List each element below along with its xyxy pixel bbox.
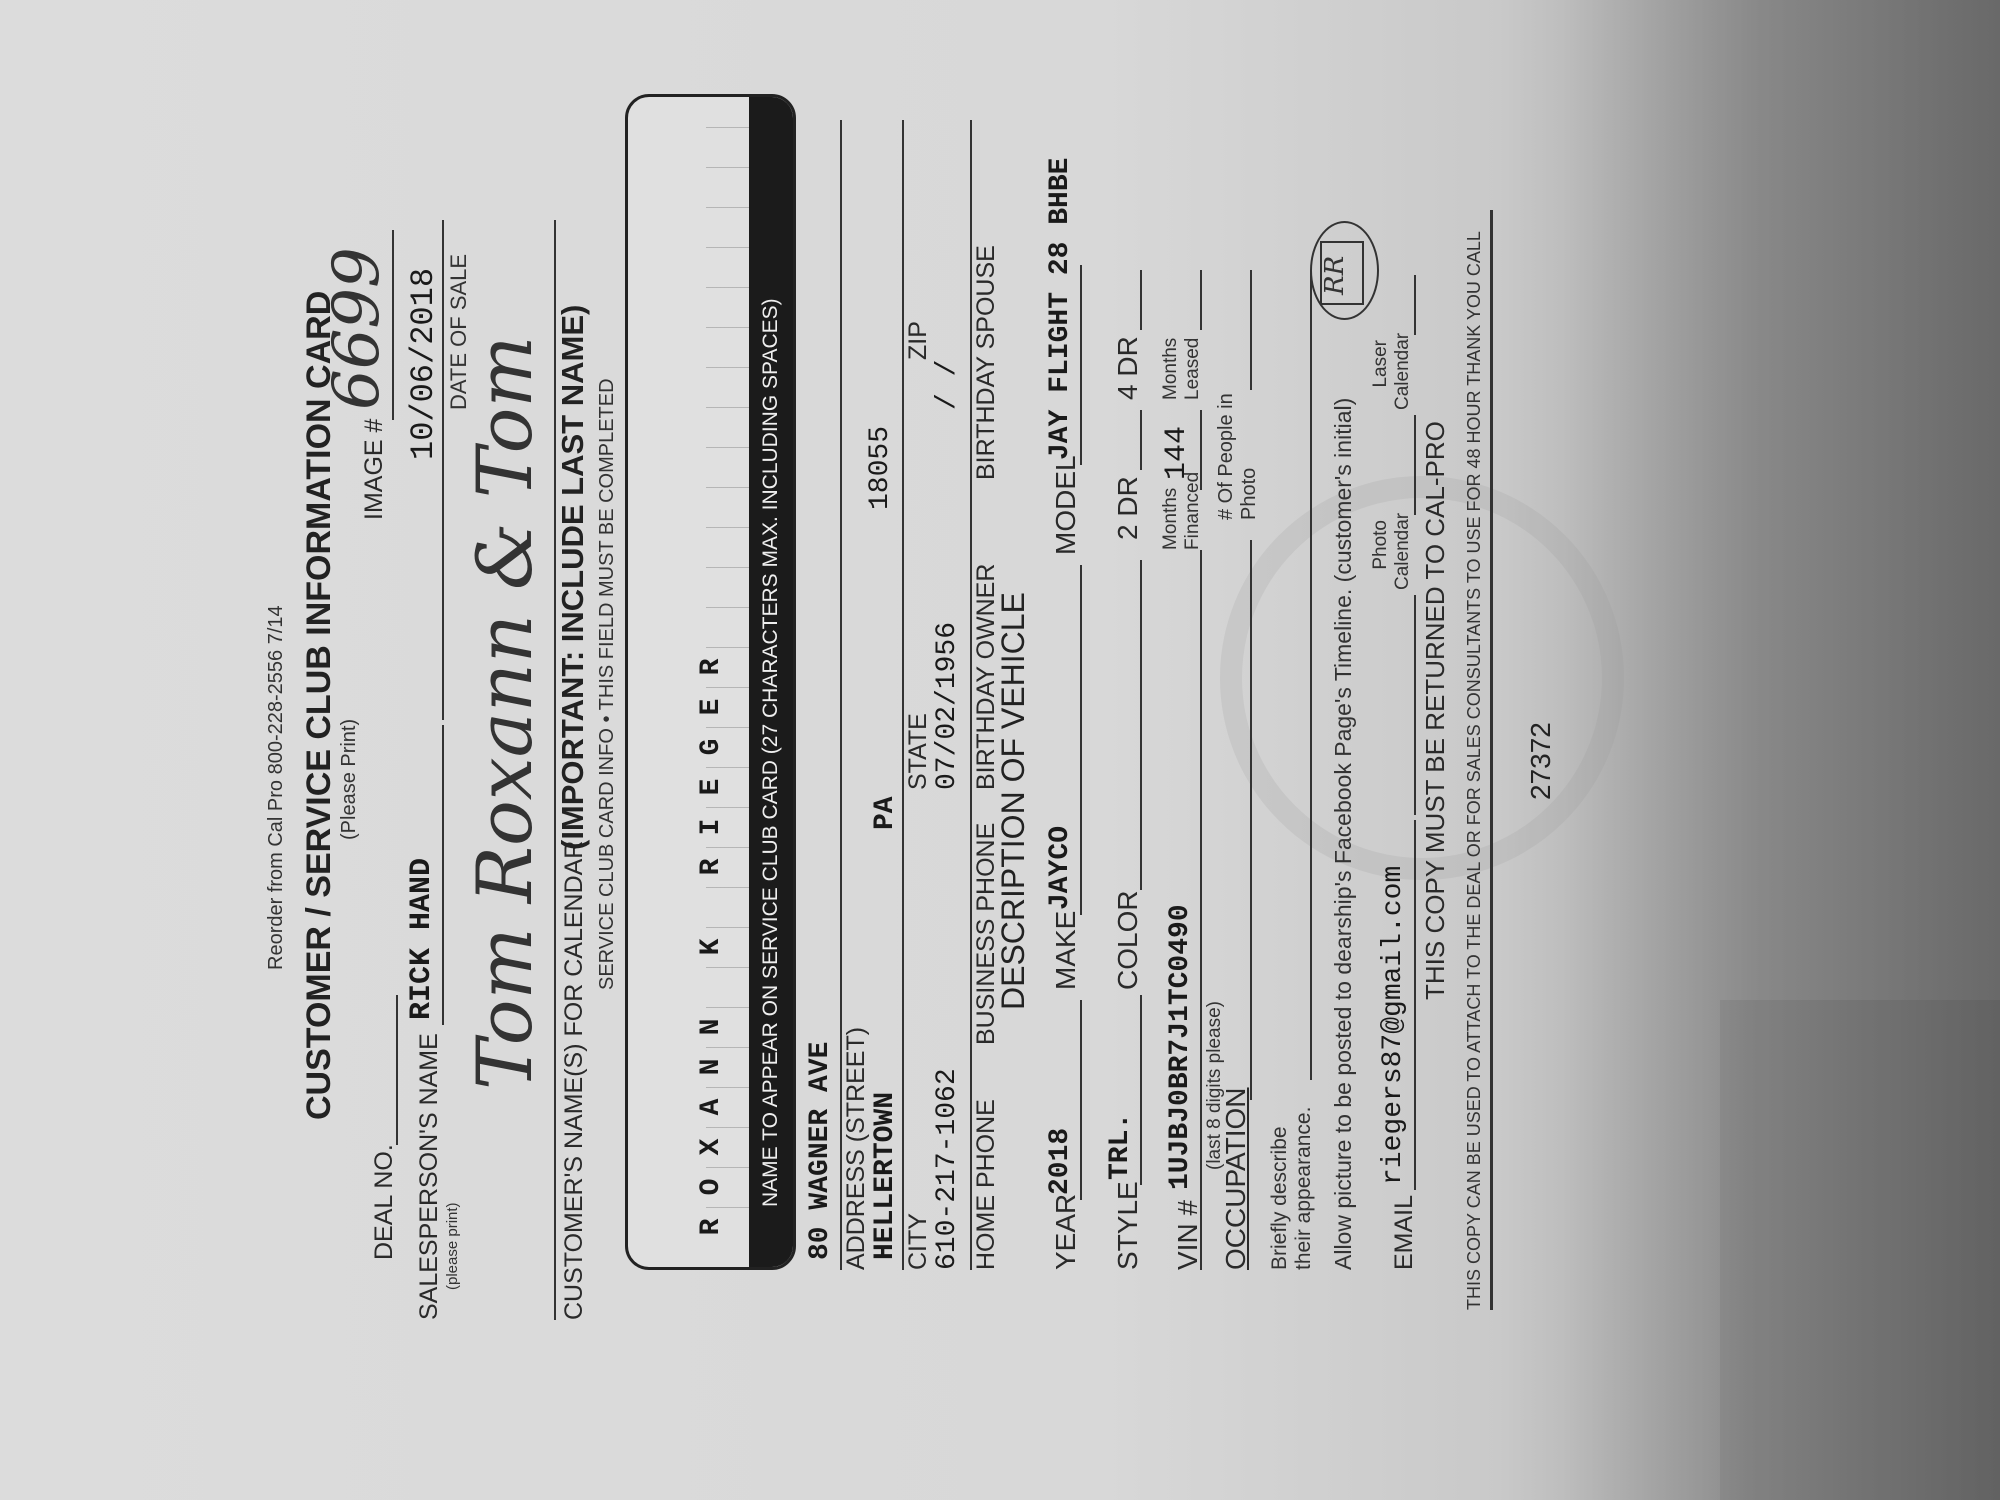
service-card-note: SERVICE CLUB CARD INFO • THIS FIELD MUST…	[596, 378, 619, 990]
salesperson-label: SALESPERSON'S NAME	[415, 1033, 444, 1320]
months-financed-value[interactable]: 144	[1160, 426, 1194, 480]
style-value[interactable]: TRL.	[1105, 1113, 1136, 1180]
include-last-name-note: (IMPORTANT: INCLUDE LAST NAME)	[555, 305, 591, 850]
zip-value[interactable]: 18055	[865, 426, 896, 510]
salesperson-sublabel: (please print)	[444, 1202, 461, 1290]
vehicle-section-title: DESCRIPTION OF VEHICLE	[995, 592, 1032, 1010]
months-leased-line[interactable]	[1200, 270, 1202, 330]
form-title: CUSTOMER / SERVICE CLUB INFORMATION CARD	[300, 291, 339, 1120]
model-label: MODEL	[1050, 455, 1082, 555]
attach-note: THIS COPY CAN BE USED TO ATTACH TO THE D…	[1464, 231, 1485, 1310]
photo-calendar-line[interactable]	[1414, 595, 1416, 815]
style-line	[1140, 995, 1142, 1185]
months-financed-label: Months Financed	[1160, 490, 1204, 550]
image-number-label: IMAGE #	[360, 419, 389, 520]
date-of-sale-line	[442, 220, 444, 720]
state-label: STATE	[904, 713, 933, 790]
card-letter: X	[696, 1127, 727, 1167]
home-phone-value[interactable]: 610-217-1062	[932, 1068, 963, 1270]
appearance-line[interactable]	[1310, 270, 1312, 1080]
laser-calendar-label: Laser Calendar	[1370, 340, 1414, 410]
occupation-label: OCCUPATION	[1220, 1087, 1252, 1270]
service-card-letters: ROXANN K RIEGER	[696, 647, 727, 1247]
vin-line	[1200, 550, 1202, 1270]
birthday-owner-value[interactable]: 07/02/1956	[932, 622, 963, 790]
city-value[interactable]: HELLERTOWN	[870, 1092, 901, 1260]
color-line[interactable]	[1140, 560, 1142, 890]
make-label: MAKE	[1050, 911, 1082, 990]
image-number-line	[392, 230, 394, 420]
deal-no-field[interactable]	[396, 995, 398, 1145]
salesperson-line	[442, 725, 444, 1025]
two-door-line[interactable]	[1140, 410, 1142, 470]
model-value[interactable]: JAY FLIGHT 28 BHBE	[1045, 158, 1076, 460]
card-letter: R	[696, 1207, 727, 1247]
service-club-information-card: Reorder from Cal Pro 800-228-2556 7/14 C…	[220, 120, 1620, 1420]
months-leased-label: Months Leased	[1160, 340, 1204, 400]
four-door-label: 4 DR	[1112, 336, 1144, 400]
salesperson-value[interactable]: RICK HAND	[405, 858, 439, 1020]
birthday-spouse-label: BIRTHDAY SPOUSE	[972, 245, 1001, 480]
two-door-label: 2 DR	[1112, 476, 1144, 540]
color-label: COLOR	[1112, 890, 1144, 990]
make-value[interactable]: JAYCO	[1045, 826, 1076, 910]
form-subtitle: (Please Print)	[338, 719, 361, 840]
style-label: STYLE	[1112, 1181, 1144, 1270]
service-card-bar: NAME TO APPEAR ON SERVICE CLUB CARD (27 …	[749, 97, 793, 1267]
customer-initial: RR	[1320, 256, 1350, 295]
page-fold	[1720, 1000, 2000, 1500]
birthday-spouse-value[interactable]: / /	[932, 360, 963, 410]
card-letter: E	[696, 767, 727, 807]
card-letter: R	[696, 647, 727, 687]
appearance-label: Briefly describe their appearance.	[1268, 1080, 1316, 1270]
occupation-line[interactable]	[1250, 540, 1252, 1100]
people-in-photo-label: # Of People in Photo	[1215, 390, 1261, 520]
street-value[interactable]: 80 WAGNER AVE	[805, 1042, 836, 1260]
photo-calendar-label: Photo Calendar	[1370, 520, 1414, 590]
image-number-value[interactable]: 6699	[320, 247, 394, 410]
year-line	[1080, 1000, 1082, 1200]
customer-names-handwritten[interactable]: Tom Roxann & Tom	[460, 336, 549, 1090]
year-value[interactable]: 2018	[1045, 1128, 1076, 1195]
service-card-name-box[interactable]: ROXANN K RIEGER NAME TO APPEAR ON SERVIC…	[625, 94, 796, 1270]
card-letter: E	[696, 687, 727, 727]
city-line	[902, 120, 904, 1270]
laser-calendar-line-2[interactable]	[1414, 275, 1416, 335]
city-label: CITY	[904, 1213, 933, 1270]
email-label: EMAIL	[1390, 1195, 1419, 1270]
state-value[interactable]: PA	[870, 796, 901, 830]
months-financed-line	[1200, 410, 1202, 490]
card-letter: I	[696, 807, 727, 847]
zip-label: ZIP	[904, 321, 933, 360]
form-number: 27372	[1525, 722, 1557, 800]
deal-no-label: DEAL NO.	[370, 1144, 399, 1260]
four-door-line[interactable]	[1140, 270, 1142, 330]
make-line	[1080, 565, 1082, 915]
date-of-sale-value[interactable]: 10/06/2018	[405, 268, 442, 460]
card-letter: G	[696, 727, 727, 767]
email-value[interactable]: riegers87@gmail.com	[1378, 866, 1409, 1185]
card-letter: N	[696, 1007, 727, 1047]
card-letter: A	[696, 1087, 727, 1127]
cut-line	[1490, 210, 1493, 1310]
street-label: ADDRESS (STREET)	[842, 1027, 871, 1270]
card-letter: K	[696, 927, 727, 967]
facebook-consent-text: Allow picture to be posted to dearship's…	[1330, 398, 1357, 1270]
year-label: YEAR	[1050, 1194, 1082, 1270]
model-line	[1080, 265, 1082, 465]
email-line	[1414, 820, 1416, 1190]
return-note: THIS COPY MUST BE RETURNED TO CAL-PRO	[1420, 421, 1451, 1000]
vin-value[interactable]: 1UJBJ0BR7J1TC0490	[1165, 904, 1196, 1190]
home-phone-label: HOME PHONE	[972, 1099, 1001, 1270]
reorder-text: Reorder from Cal Pro 800-228-2556 7/14	[265, 605, 288, 970]
card-letter: R	[696, 847, 727, 887]
people-in-photo-line[interactable]	[1250, 270, 1252, 390]
laser-calendar-line[interactable]	[1414, 415, 1416, 515]
customer-names-label: CUSTOMER'S NAME(S) FOR CALENDAR	[560, 841, 589, 1320]
card-letter: O	[696, 1167, 727, 1207]
card-letter: N	[696, 1047, 727, 1087]
